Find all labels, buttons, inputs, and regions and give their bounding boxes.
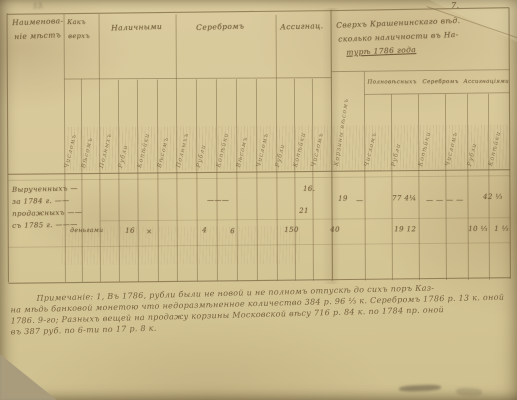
- row-label-line: Вырученныхъ —: [12, 184, 78, 193]
- cell-entry: 6: [230, 227, 235, 235]
- col-header-kind: Какъ: [67, 18, 86, 26]
- cell-entry: деньгами: [70, 227, 103, 234]
- ledger-sheet: 13. 7. Наименова- ніе мѣстъ Какъ верхъ Н…: [0, 0, 517, 400]
- cell-entry: 150: [284, 226, 299, 234]
- cell-entry: 40: [330, 226, 340, 234]
- col-header-kind: верхъ: [68, 32, 90, 40]
- group-header-assignats: Ассигнац.: [280, 21, 324, 31]
- cell-entry: 16: [125, 227, 135, 235]
- cell-entry: ———: [207, 196, 229, 204]
- cell-entry: 21: [299, 207, 309, 215]
- cell-entry: —: [356, 196, 363, 204]
- row-label-line: за 1784 г. ——: [12, 196, 70, 205]
- right-subheader-assignats: Ассигнаціями: [463, 79, 509, 85]
- cell-entry: ×: [146, 228, 152, 236]
- cell-entry: — — — —: [426, 196, 464, 204]
- cell-entry: 19: [338, 195, 348, 203]
- scanned-ledger-page: 13. 7. Наименова- ніе мѣстъ Какъ верхъ Н…: [0, 0, 517, 400]
- cell-entry: 4: [202, 226, 207, 234]
- cell-entry: 16.: [303, 185, 315, 193]
- cell-entry: 77 4¼: [392, 194, 416, 202]
- cell-entry: 1 ⅓: [494, 225, 509, 233]
- right-subheader-fullweight: Полновѣсныхъ: [367, 79, 416, 85]
- archival-mark: 13.: [33, 2, 44, 10]
- right-subheader-silver: Серебромъ: [422, 79, 458, 85]
- row-label-line: съ 1785 г. ———: [12, 220, 78, 229]
- page-number: 7.: [451, 1, 459, 10]
- group-header-cash: Наличными: [111, 22, 162, 33]
- bleedthrough-texture-header: [66, 125, 509, 171]
- group-header-silver: Серебромъ: [196, 21, 244, 32]
- row-label-line: продажныхъ ——: [12, 208, 82, 218]
- cell-entry: 19 12: [394, 225, 416, 233]
- col-header-names: ніе мѣстъ: [14, 30, 61, 41]
- cell-entry: 42 ⅓: [483, 193, 503, 201]
- cell-entry: 10 ⅓: [468, 225, 488, 233]
